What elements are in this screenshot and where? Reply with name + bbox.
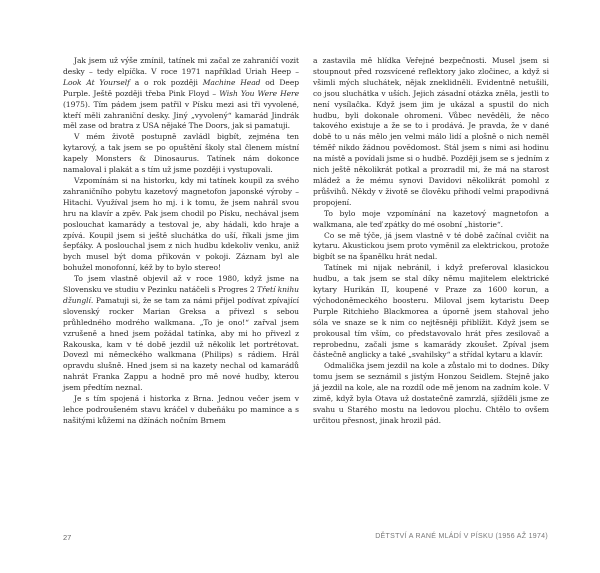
paragraph: Co se mě týče, já jsem vlastně v té době… <box>313 231 549 264</box>
text-run: Jak jsem už výše zmínil, tatínek mi zača… <box>63 56 299 76</box>
right-text-column: a zastavila mě hlídka Veřejné bezpečnost… <box>313 56 549 427</box>
text-run: a o rok později <box>130 78 203 87</box>
paragraph: Tatínek mi nijak nebránil, i když prefer… <box>313 263 549 361</box>
paragraph: Vzpomínám si na historku, kdy mi tatínek… <box>63 176 299 274</box>
italic-title: Machine Head <box>203 78 261 87</box>
left-text-column: Jak jsem už výše zmínil, tatínek mi zača… <box>63 56 299 427</box>
text-run: (1975). Tím pádem jsem patřil v Písku me… <box>63 100 299 131</box>
paragraph: V mém životě postupně zavládl bigbít, ze… <box>63 132 299 176</box>
paragraph: a zastavila mě hlídka Veřejné bezpečnost… <box>313 56 549 209</box>
running-head: DĚTSTVÍ A RANÉ MLÁDÍ V PÍSKU (1956 AŽ 19… <box>375 533 548 540</box>
text-run: . Pamatuji si, že se tam za námi přijel … <box>63 296 299 392</box>
text-run: Co se mě týče, já jsem vlastně v té době… <box>313 231 549 262</box>
paragraph: To bylo moje vzpomínání na kazetový magn… <box>313 209 549 231</box>
page-number: 27 <box>63 533 71 542</box>
text-run: To bylo moje vzpomínání na kazetový magn… <box>313 209 549 229</box>
book-page: Jak jsem už výše zmínil, tatínek mi zača… <box>0 0 600 573</box>
text-run: Vzpomínám si na historku, kdy mi tatínek… <box>63 176 299 272</box>
text-run: a zastavila mě hlídka Veřejné bezpečnost… <box>313 56 549 207</box>
italic-title: Wish You Were Here <box>219 89 299 98</box>
paragraph: Odmalička jsem jezdil na kole a zůstalo … <box>313 361 549 426</box>
paragraph: Jak jsem už výše zmínil, tatínek mi zača… <box>63 56 299 132</box>
paragraph: To jsem vlastně objevil až v roce 1980, … <box>63 274 299 394</box>
paragraph: Je s tím spojená i historka z Brna. Jedn… <box>63 394 299 427</box>
text-run: V mém životě postupně zavládl bigbít, ze… <box>63 132 299 174</box>
text-run: Tatínek mi nijak nebránil, i když prefer… <box>313 263 549 359</box>
text-run: Je s tím spojená i historka z Brna. Jedn… <box>63 394 299 425</box>
italic-title: Look At Yourself <box>63 78 130 87</box>
text-run: Odmalička jsem jezdil na kole a zůstalo … <box>313 361 549 425</box>
